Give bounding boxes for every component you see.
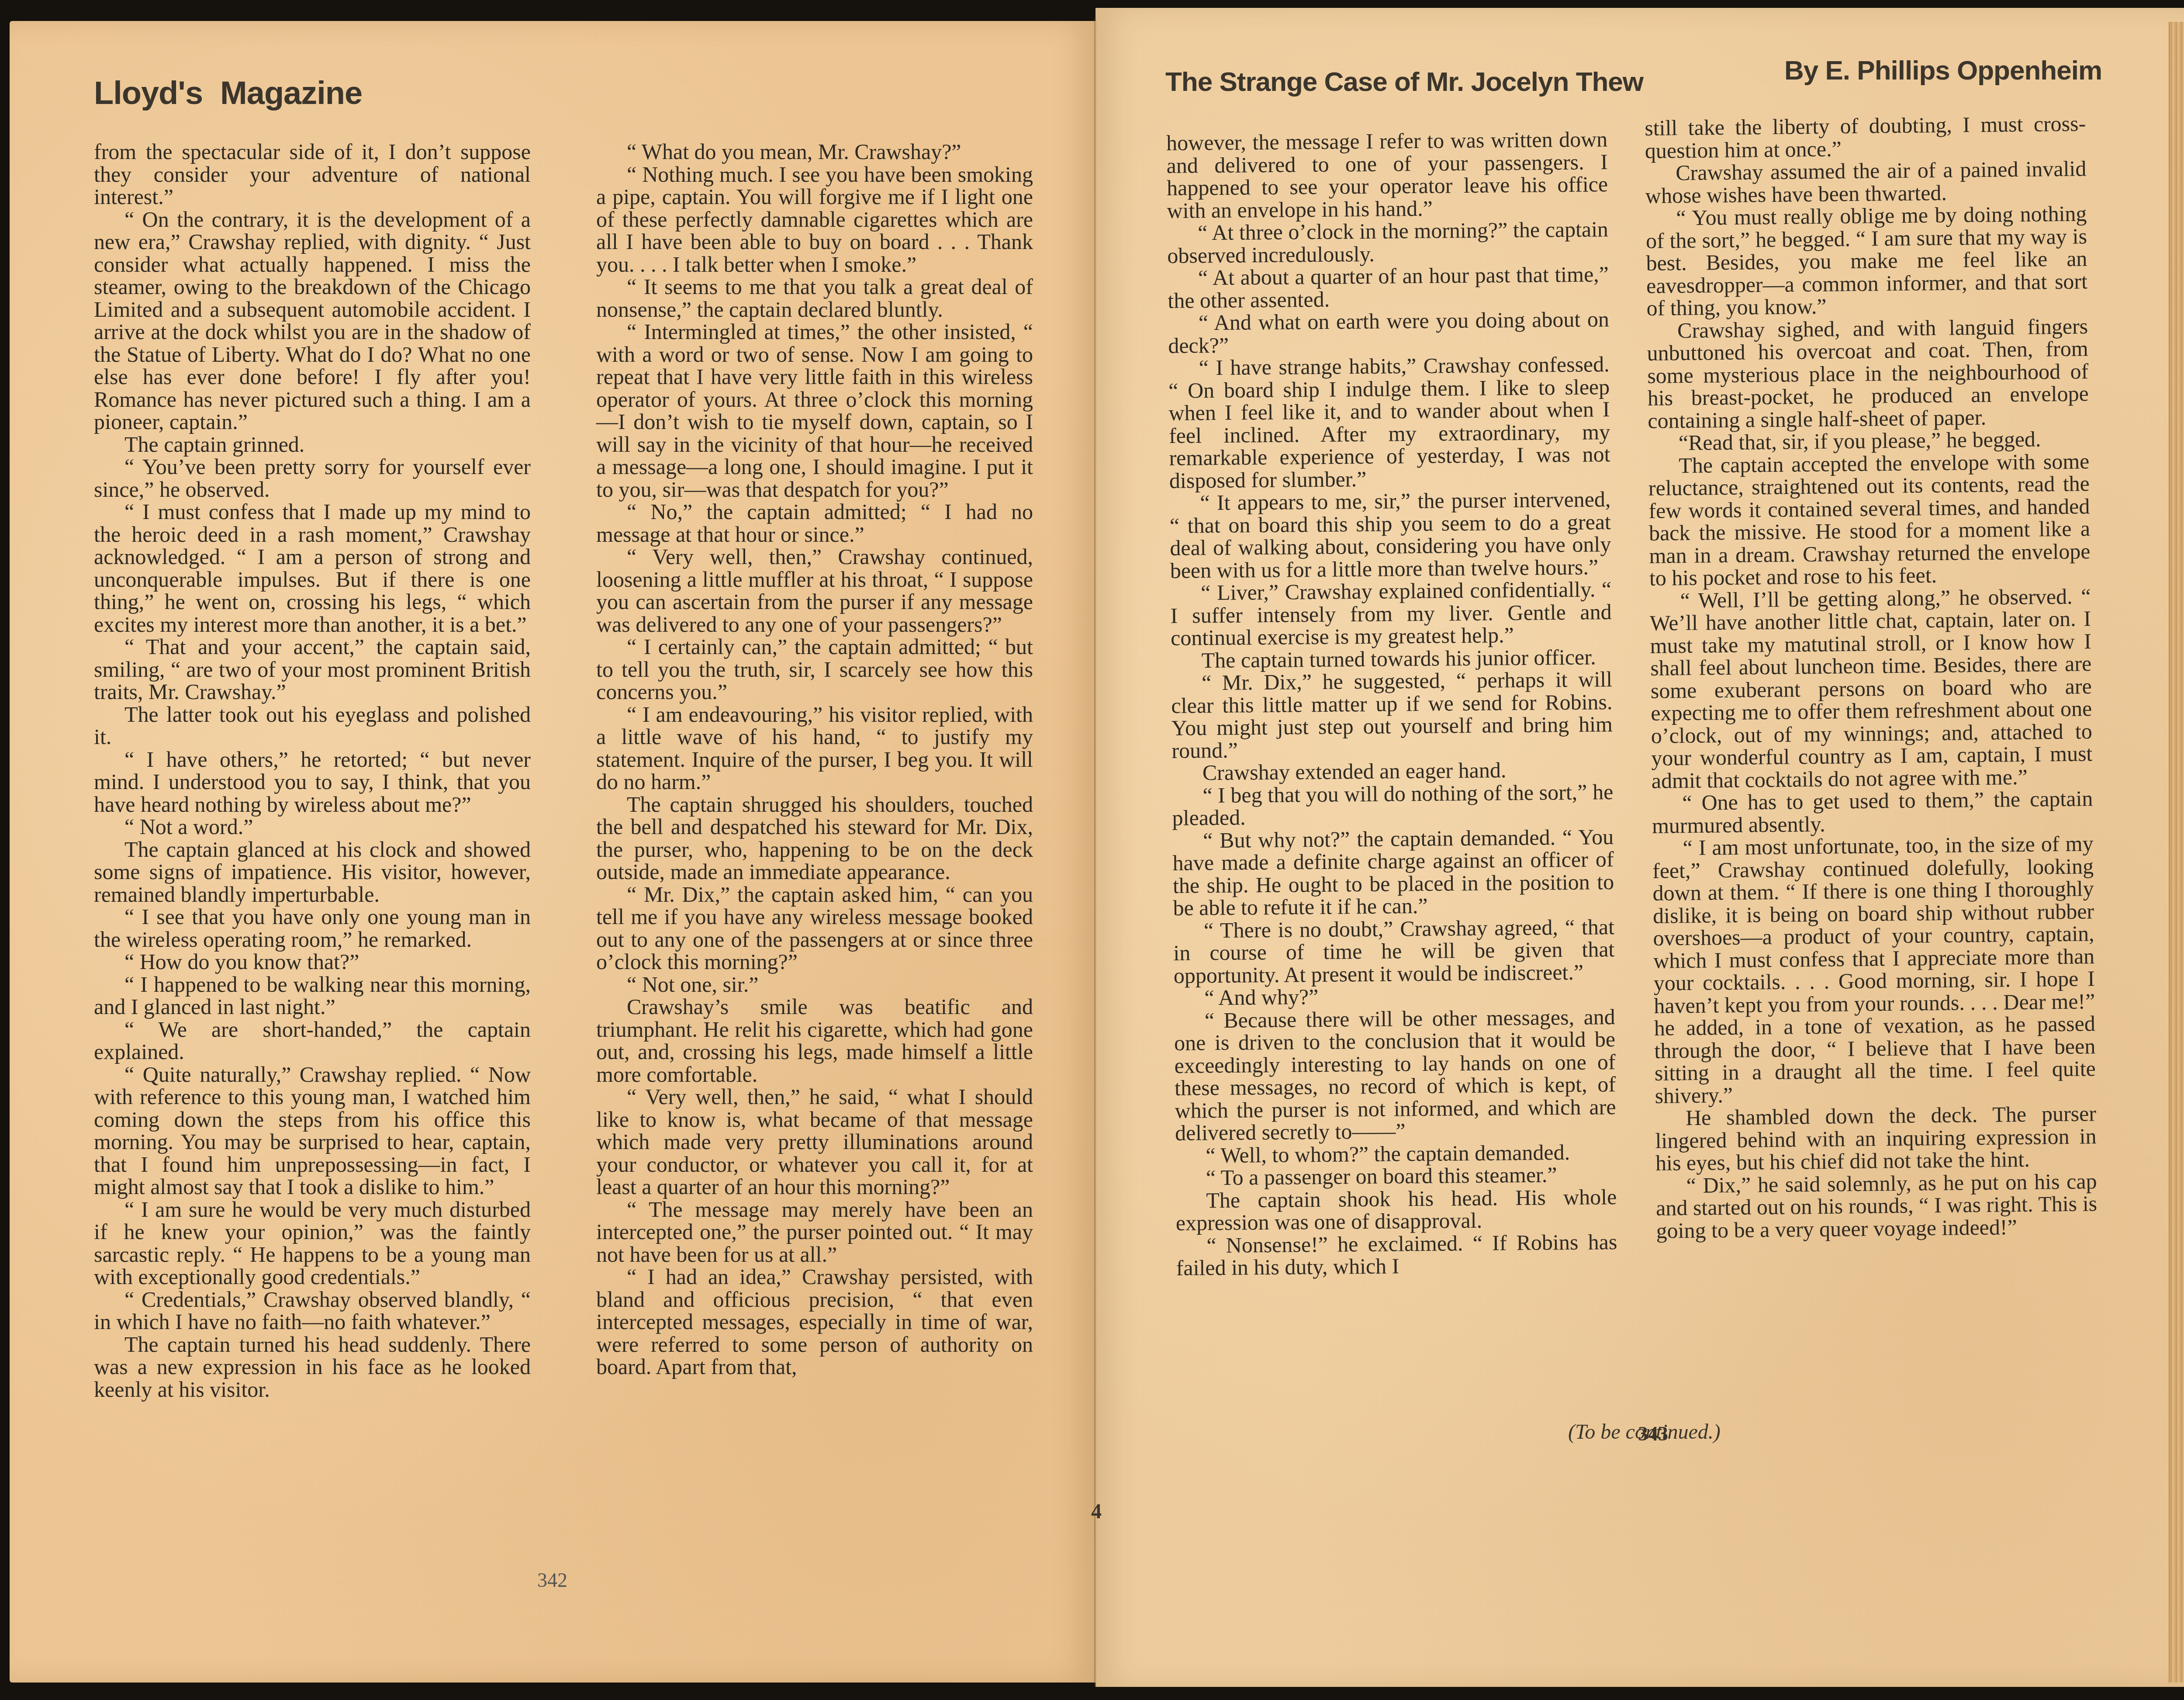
paragraph: “ Liver,” Crawshay explained confidentia… (1170, 578, 1612, 649)
text-column-3: however, the message I refer to was writ… (1166, 128, 1617, 1279)
paragraph: “ Well, I’ll be getting along,” he obser… (1649, 585, 2093, 792)
running-head-author: By E. Phillips Oppenheim (1784, 55, 2102, 86)
paragraph: “ Mr. Dix,” he suggested, “ perhaps it w… (1171, 668, 1613, 762)
paragraph: “ Because there will be other messages, … (1174, 1006, 1617, 1145)
running-head-magazine: Lloyd'sMagazine (94, 74, 362, 111)
paragraph: “ I am sure he would be very much distur… (94, 1198, 531, 1288)
paragraph: “ I am most unfortunate, too, in the siz… (1652, 832, 2096, 1107)
paragraph: “ On the contrary, it is the development… (94, 208, 531, 433)
paragraph: “ We are short-handed,” the captain expl… (94, 1018, 531, 1063)
paragraph: The captain grinned. (94, 433, 531, 456)
paragraph: “ And what on earth were you doing about… (1168, 308, 1610, 357)
running-head-word: Lloyd's (94, 75, 203, 111)
text-column-4: still take the liberty of doubting, I mu… (1645, 112, 2098, 1242)
paragraph: “ You must really oblige me by doing not… (1645, 202, 2088, 319)
paragraph: The captain accepted the envelope with s… (1648, 450, 2091, 590)
paragraph: “ You’ve been pretty sorry for yourself … (94, 456, 531, 501)
paragraph: however, the message I refer to was writ… (1166, 128, 1608, 222)
paragraph: “ Mr. Dix,” the captain asked him, “ can… (596, 883, 1033, 973)
paragraph: “ I beg that you will do nothing of the … (1172, 781, 1614, 830)
paragraph: “ Very well, then,” Crawshay continued, … (596, 546, 1033, 636)
paragraph: Crawshay’s smile was beatific and triump… (596, 996, 1033, 1086)
paragraph: “ Credentials,” Crawshay observed blandl… (94, 1288, 531, 1333)
paragraph: “ That and your accent,” the captain sai… (94, 636, 531, 703)
page-edges (2169, 22, 2184, 1683)
text-column-2: “ What do you mean, Mr. Crawshay?”“ Noth… (596, 141, 1033, 1378)
paragraph: “ I see that you have only one young man… (94, 906, 531, 951)
paragraph: “ It appears to me, sir,” the purser int… (1169, 488, 1611, 582)
paragraph: from the spectacular side of it, I don’t… (94, 141, 531, 208)
paragraph: “ Very well, then,” he said, “ what I sh… (596, 1086, 1033, 1198)
paragraph: The captain shook his head. His whole ex… (1175, 1186, 1617, 1235)
page-number-left: 342 (537, 1568, 567, 1592)
paragraph: “ I am endeavouring,” his visitor replie… (596, 703, 1033, 793)
paragraph: “ But why not?” the captain demanded. “ … (1172, 826, 1614, 920)
paragraph: still take the liberty of doubting, I mu… (1645, 112, 2086, 162)
paragraph: “ Quite naturally,” Crawshay replied. “ … (94, 1063, 531, 1198)
paragraph: “ No,” the captain admitted; “ I had no … (596, 501, 1033, 546)
paragraph: “ What do you mean, Mr. Crawshay?” (596, 141, 1033, 163)
paragraph: “ At about a quarter of an hour past tha… (1168, 263, 1609, 312)
paragraph: Crawshay assumed the air of a pained inv… (1645, 157, 2087, 207)
paragraph: “ Not one, sir.” (596, 973, 1033, 996)
paragraph: “ I have strange habits,” Crawshay confe… (1168, 353, 1610, 492)
book-spine (1094, 17, 1097, 1687)
paragraph: “ Intermingled at times,” the other insi… (596, 321, 1033, 501)
paragraph: “ I happened to be walking near this mor… (94, 973, 531, 1018)
running-head-word: Magazine (220, 75, 362, 111)
text-column-1: from the spectacular side of it, I don’t… (94, 141, 531, 1401)
paragraph: “ How do you know that?” (94, 951, 531, 973)
paragraph: The captain glanced at his clock and sho… (94, 838, 531, 906)
paragraph: “ There is no doubt,” Crawshay agreed, “… (1173, 916, 1615, 987)
paragraph: “ I certainly can,” the captain admitted… (596, 636, 1033, 703)
paragraph: The captain shrugged his shoulders, touc… (596, 793, 1033, 883)
paragraph: “ One has to get used to them,” the capt… (1652, 787, 2093, 837)
paragraph: Crawshay sighed, and with languid finger… (1647, 315, 2089, 432)
paragraph: “ Not a word.” (94, 816, 531, 838)
paragraph: “ Dix,” he said solemnly, as he put on h… (1655, 1170, 2098, 1242)
page-number-right: 343 (1638, 1422, 1668, 1445)
paragraph: “ Nothing much. I see you have been smok… (596, 163, 1033, 276)
gutter-signature-number: 4 (1091, 1499, 1102, 1523)
paragraph: “ I had an idea,” Crawshay persisted, wi… (596, 1266, 1033, 1378)
paragraph: “ It seems to me that you talk a great d… (596, 276, 1033, 321)
paragraph: “ The message may merely have been an in… (596, 1198, 1033, 1266)
paragraph: The latter took out his eyeglass and pol… (94, 703, 531, 748)
running-head-story-title: The Strange Case of Mr. Jocelyn Thew (1165, 66, 1643, 97)
paragraph: “ Nonsense!” he exclaimed. “ If Robins h… (1176, 1231, 1617, 1280)
paragraph: “ I must confess that I made up my mind … (94, 501, 531, 636)
paragraph: “ I have others,” he retorted; “ but nev… (94, 748, 531, 816)
paragraph: “ At three o’clock in the morning?” the … (1167, 218, 1609, 267)
paragraph: The captain turned his head suddenly. Th… (94, 1333, 531, 1401)
paragraph: He shambled down the deck. The purser li… (1655, 1102, 2097, 1174)
